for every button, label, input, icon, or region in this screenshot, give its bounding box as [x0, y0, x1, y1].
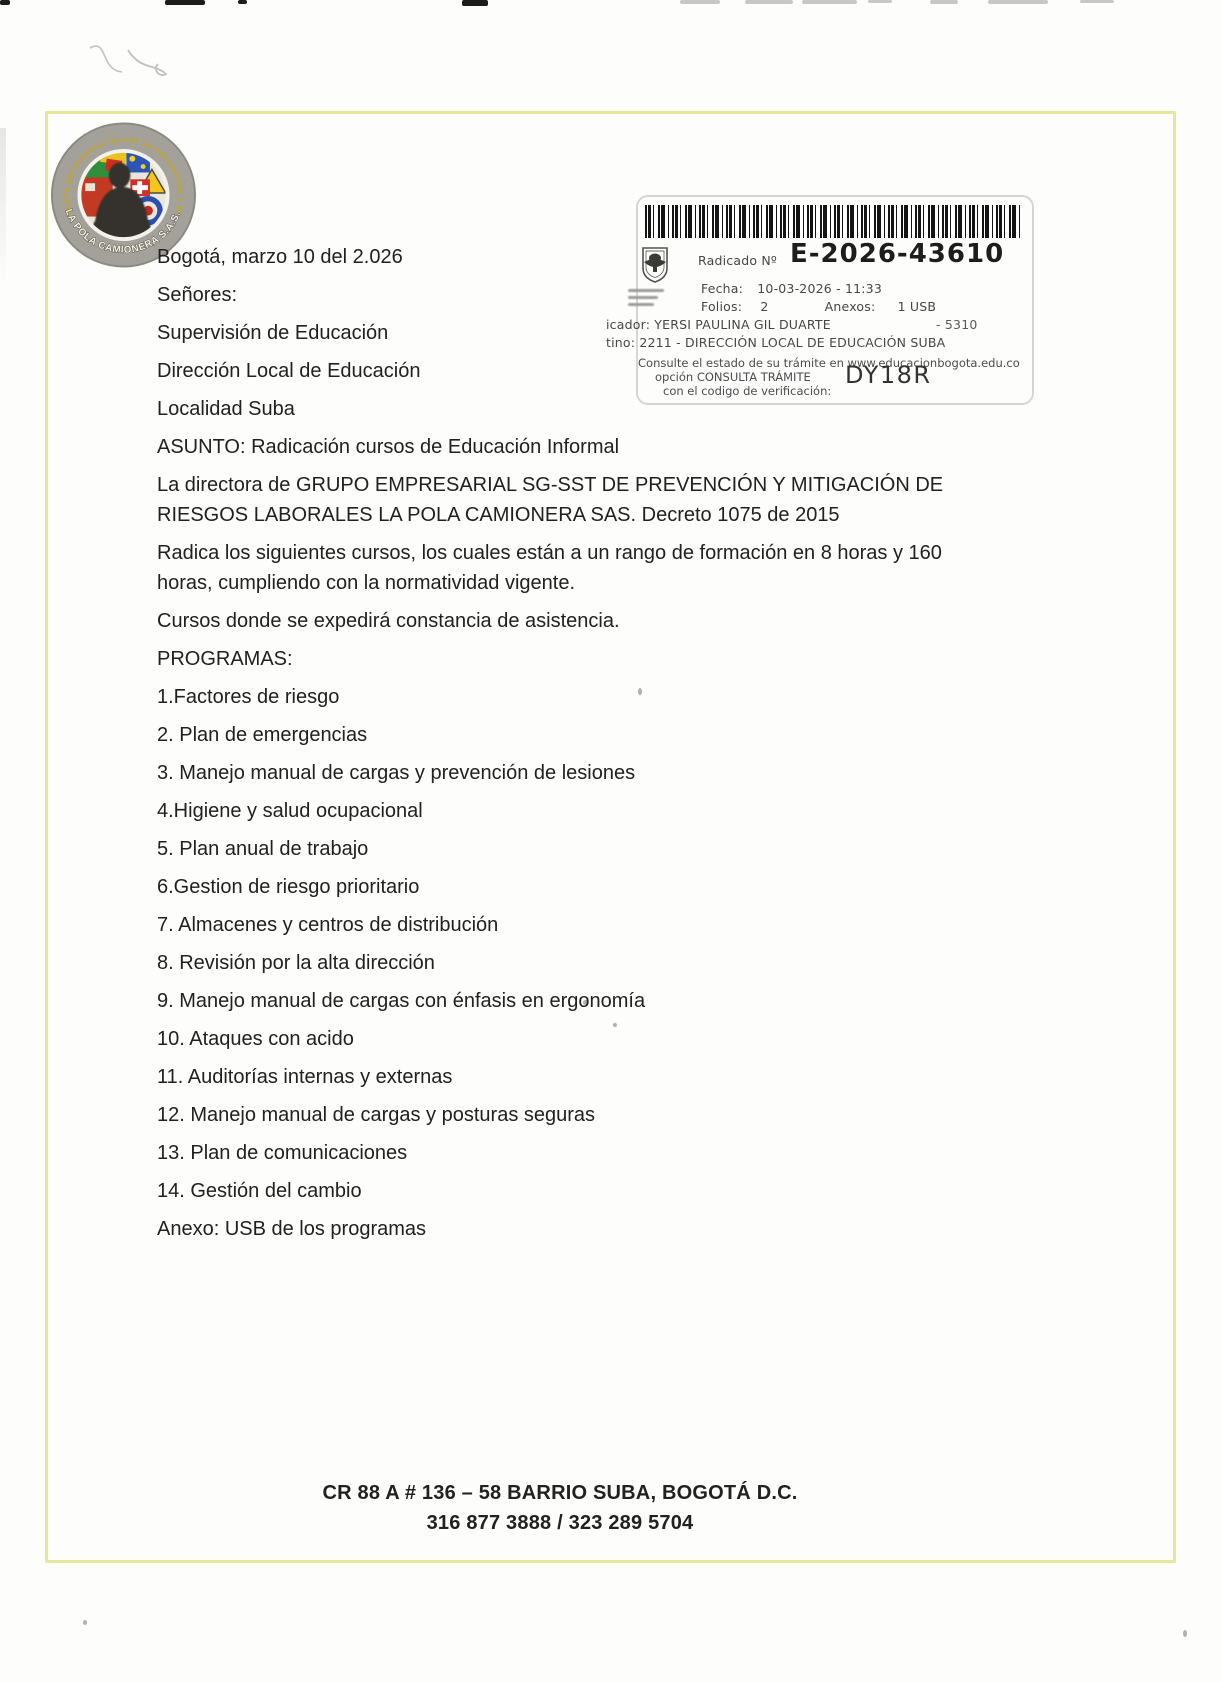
footer-address: CR 88 A # 136 – 58 BARRIO SUBA, BOGOTÁ D…: [45, 1478, 1075, 1508]
scan-artifact: [680, 0, 720, 4]
recipient-line: Señores:: [157, 280, 977, 310]
program-item: 5. Plan anual de trabajo: [157, 834, 977, 864]
program-item: 2. Plan de emergencias: [157, 720, 977, 750]
scan-artifact: [1080, 0, 1114, 3]
scanned-letter-page: { "logo": { "ring_text": "GRUPO EMPRESAR…: [0, 0, 1222, 1682]
date-line: Bogotá, marzo 10 del 2.026: [157, 242, 977, 272]
program-item: 1.Factores de riesgo: [157, 682, 977, 712]
programs-heading: PROGRAMAS:: [157, 644, 977, 674]
program-item: 9. Manejo manual de cargas con énfasis e…: [157, 986, 977, 1016]
scan-artifact: [745, 0, 793, 4]
scan-artifact: [0, 0, 10, 5]
footer-phones: 316 877 3888 / 323 289 5704: [45, 1508, 1075, 1538]
recipient-block: Señores:Supervisión de EducaciónDirecció…: [157, 280, 977, 424]
scan-artifact: [238, 0, 247, 4]
programs-list: 1.Factores de riesgo2. Plan de emergenci…: [157, 682, 977, 1206]
program-item: 8. Revisión por la alta dirección: [157, 948, 977, 978]
recipient-line: Dirección Local de Educación: [157, 356, 977, 386]
letter-footer: CR 88 A # 136 – 58 BARRIO SUBA, BOGOTÁ D…: [45, 1478, 1075, 1538]
scan-artifact: [462, 0, 488, 6]
body-paragraph: Cursos donde se expedirá constancia de a…: [157, 606, 977, 636]
program-item: 3. Manejo manual de cargas y prevención …: [157, 758, 977, 788]
annex-line: Anexo: USB de los programas: [157, 1214, 977, 1244]
scan-artifact: [868, 0, 892, 3]
program-item: 10. Ataques con acido: [157, 1024, 977, 1054]
scan-artifact: [988, 0, 1048, 4]
pencil-mark: [70, 30, 210, 90]
program-item: 4.Higiene y salud ocupacional: [157, 796, 977, 826]
program-item: 13. Plan de comunicaciones: [157, 1138, 977, 1168]
body-paragraph: Radica los siguientes cursos, los cuales…: [157, 538, 977, 598]
program-item: 11. Auditorías internas y externas: [157, 1062, 977, 1092]
body-paragraph: La directora de GRUPO EMPRESARIAL SG-SST…: [157, 470, 977, 530]
recipient-line: Supervisión de Educación: [157, 318, 977, 348]
subject-line: ASUNTO: Radicación cursos de Educación I…: [157, 432, 977, 462]
intro-paragraphs: La directora de GRUPO EMPRESARIAL SG-SST…: [157, 470, 977, 636]
scan-artifact: [802, 0, 857, 4]
program-item: 7. Almacenes y centros de distribución: [157, 910, 977, 940]
scan-artifact: [83, 1620, 87, 1625]
scan-artifact: [930, 0, 958, 4]
scan-artifact: [165, 0, 205, 5]
scan-artifact: [0, 128, 6, 288]
program-item: 12. Manejo manual de cargas y posturas s…: [157, 1100, 977, 1130]
recipient-line: Localidad Suba: [157, 394, 977, 424]
program-item: 6.Gestion de riesgo prioritario: [157, 872, 977, 902]
letter-body: Bogotá, marzo 10 del 2.026 Señores:Super…: [157, 242, 977, 1252]
scan-artifact: [1183, 1630, 1187, 1637]
program-item: 14. Gestión del cambio: [157, 1176, 977, 1206]
barcode: [645, 205, 1020, 238]
